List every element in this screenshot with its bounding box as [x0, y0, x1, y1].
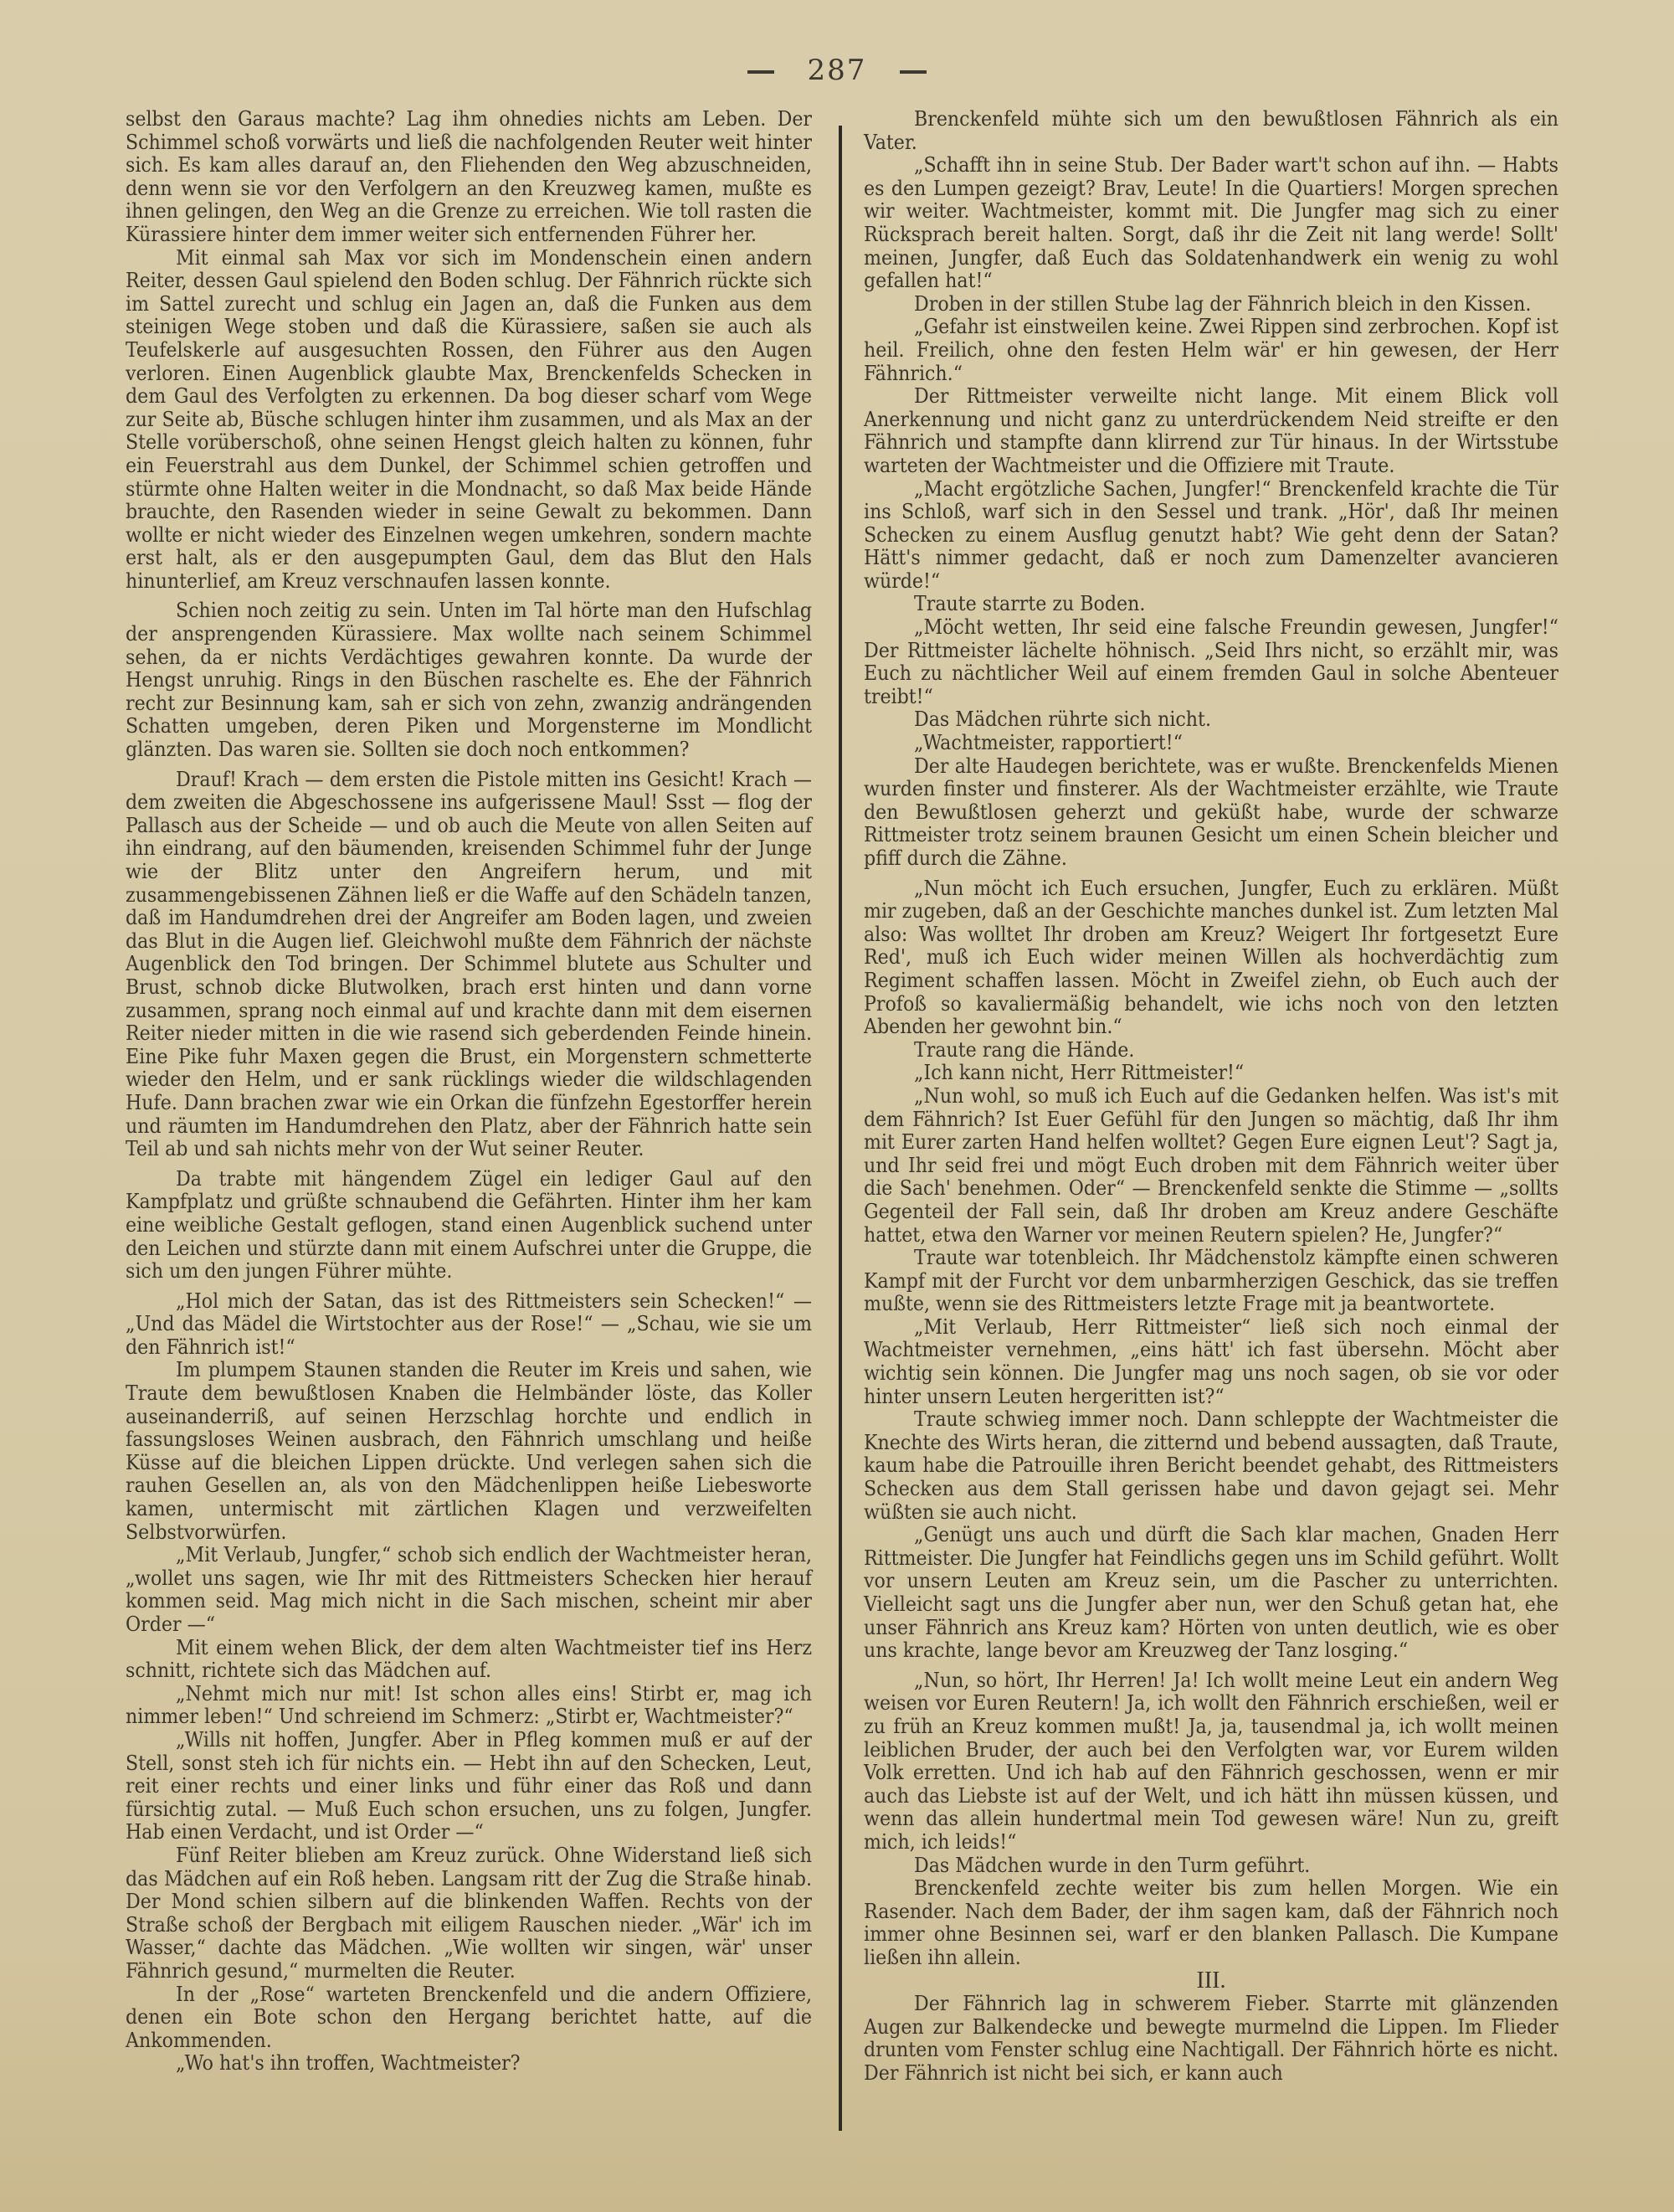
paragraph: „Nehmt mich nur mit! Ist schon alles ein… [126, 1682, 812, 1728]
paragraph: „Genügt uns auch und dürft die Sach klar… [864, 1523, 1558, 1662]
paragraph: „Hol mich der Satan, das ist des Rittmei… [126, 1289, 812, 1359]
paragraph: Mit einem wehen Blick, der dem alten Wac… [126, 1636, 812, 1682]
paragraph: Traute rang die Hände. [864, 1038, 1558, 1062]
paragraph: selbst den Garaus machte? Lag ihm ohnedi… [126, 107, 812, 246]
paragraph: Das Mädchen rührte sich nicht. [864, 707, 1558, 731]
paragraph: Traute war totenbleich. Ihr Mädchenstolz… [864, 1246, 1558, 1315]
paragraph: „Mit Verlaub, Jungfer,“ schob sich endli… [126, 1543, 812, 1635]
paragraph: Brenckenfeld mühte sich um den bewußtlos… [864, 107, 1558, 153]
paragraph: „Ich kann nicht, Herr Rittmeister!“ [864, 1061, 1558, 1084]
paragraph: Droben in der stillen Stube lag der Fähn… [864, 292, 1558, 316]
paragraph: „Macht ergötzliche Sachen, Jungfer!“ Bre… [864, 477, 1558, 593]
dash-right [900, 70, 927, 74]
paragraph: „Nun wohl, so muß ich Euch auf die Gedan… [864, 1084, 1558, 1246]
paragraph: „Wills nit hoffen, Jungfer. Aber in Pfle… [126, 1728, 812, 1844]
paragraph: „Möcht wetten, Ihr seid eine falsche Fre… [864, 615, 1558, 707]
paragraph: Der alte Haudegen berichtete, was er wuß… [864, 754, 1558, 870]
paragraph: Schien noch zeitig zu sein. Unten im Tal… [126, 599, 812, 760]
paragraph: Traute starrte zu Boden. [864, 592, 1558, 615]
page-header: 287 [0, 54, 1674, 87]
page-number: 287 [808, 54, 867, 87]
paragraph: Da trabte mit hängendem Zügel ein ledige… [126, 1167, 812, 1283]
paragraph: „Mit Verlaub, Herr Rittmeister“ ließ sic… [864, 1315, 1558, 1407]
paragraph: Das Mädchen wurde in den Turm geführt. [864, 1854, 1558, 1877]
paragraph: Traute schwieg immer noch. Dann schleppt… [864, 1407, 1558, 1523]
paragraph: Mit einmal sah Max vor sich im Mondensch… [126, 246, 812, 593]
paragraph: Der Rittmeister verweilte nicht lange. M… [864, 384, 1558, 476]
paragraph: „Wo hat's ihn troffen, Wachtmeister? [126, 2051, 812, 2075]
paragraph: „Gefahr ist einstweilen keine. Zwei Ripp… [864, 315, 1558, 384]
paragraph: Der Fähnrich lag in schwerem Fieber. Sta… [864, 1992, 1558, 2084]
paragraph: „Wachtmeister, rapportiert!“ [864, 731, 1558, 754]
column-divider [839, 126, 842, 2131]
paragraph: Brenckenfeld zechte weiter bis zum helle… [864, 1876, 1558, 1968]
paragraph: In der „Rose“ warteten Brenckenfeld und … [126, 1983, 812, 2052]
paragraph: Im plumpem Staunen standen die Reuter im… [126, 1358, 812, 1543]
dash-left [747, 70, 774, 74]
paragraph: „Nun möcht ich Euch ersuchen, Jungfer, E… [864, 877, 1558, 1038]
paragraph: Fünf Reiter blieben am Kreuz zurück. Ohn… [126, 1844, 812, 1983]
right-column: Brenckenfeld mühte sich um den bewußtlos… [864, 107, 1558, 2084]
left-column: selbst den Garaus machte? Lag ihm ohnedi… [126, 107, 812, 2075]
paragraph: „Nun, so hört, Ihr Herren! Ja! Ich wollt… [864, 1669, 1558, 1854]
section-heading: III. [864, 1969, 1558, 1993]
paragraph: Drauf! Krach — dem ersten die Pistole mi… [126, 768, 812, 1160]
paragraph: „Schafft ihn in seine Stub. Der Bader wa… [864, 153, 1558, 292]
